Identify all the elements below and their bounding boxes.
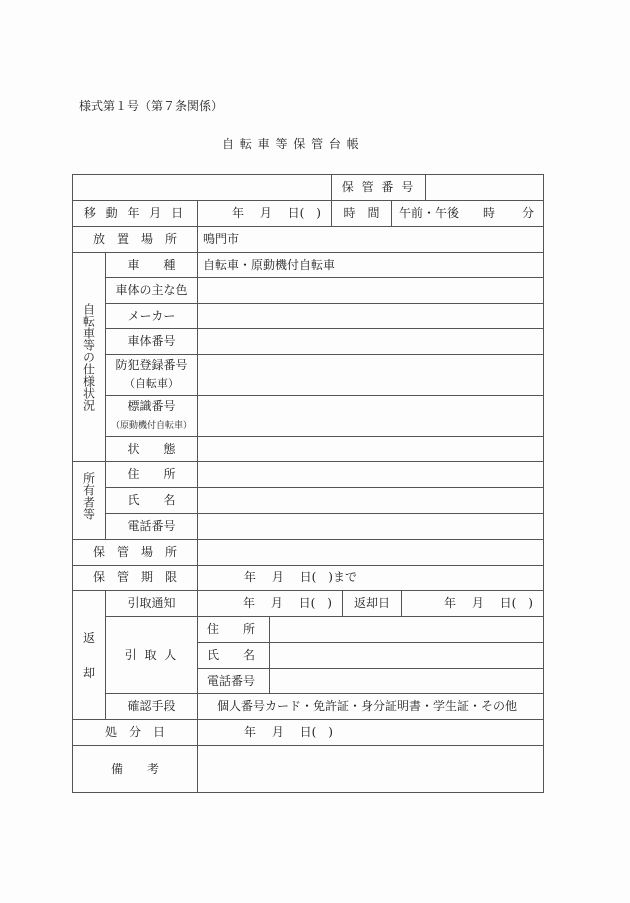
spec-value-color[interactable] xyxy=(198,278,543,302)
storage-place-label: 保 管 場 所 xyxy=(73,545,197,559)
receiver-label-name: 氏 名 xyxy=(207,648,255,662)
owner-label-name: 氏 名 xyxy=(106,493,197,507)
receiver-label-address: 住 所 xyxy=(207,622,255,636)
spec-label-type: 車 種 xyxy=(106,258,197,272)
move-date-label: 移 動 年 月 日 xyxy=(73,206,197,220)
remarks-field[interactable] xyxy=(198,746,543,791)
return-date-label: 返却日 xyxy=(343,596,401,610)
spec-label-maker: メーカー xyxy=(106,309,197,323)
row-divider xyxy=(72,565,544,566)
row-divider xyxy=(72,719,544,720)
spec-value-maker[interactable] xyxy=(198,304,543,328)
time-ampm-field[interactable]: 午前・午後 xyxy=(399,206,459,220)
receiver-label-phone: 電話番号 xyxy=(207,674,255,688)
owner-value-phone[interactable] xyxy=(198,514,543,538)
pickup-notice-field[interactable]: 年 月 日( ) xyxy=(243,596,332,610)
row-divider xyxy=(72,226,544,227)
spec-group-label: 自転車等の仕様状況 xyxy=(81,303,95,414)
verification-label: 確認手段 xyxy=(106,699,197,713)
storage-number-label: 保 管 番 号 xyxy=(332,180,425,194)
spec-label-condition: 状 態 xyxy=(106,442,197,456)
storage-limit-label: 保 管 期 限 xyxy=(73,570,197,584)
owner-value-address[interactable] xyxy=(198,462,543,486)
table-border-right xyxy=(543,174,544,793)
receiver-value-phone[interactable] xyxy=(270,669,543,692)
receiver-value-address[interactable] xyxy=(270,617,543,641)
row-divider xyxy=(72,590,544,591)
receiver-value-name[interactable] xyxy=(270,643,543,667)
row-divider xyxy=(72,200,544,201)
spec-label-color: 車体の主な色 xyxy=(106,283,197,297)
spec-value-type[interactable]: 自転車・原動機付自転車 xyxy=(203,258,335,272)
spec-value-condition[interactable] xyxy=(198,437,543,460)
spec-value-plate-number[interactable] xyxy=(198,396,543,435)
spec-label-plate-number: 標識番号 xyxy=(106,399,197,413)
page-title: 自 転 車 等 保 管 台 帳 xyxy=(222,137,360,151)
pickup-notice-label: 引取通知 xyxy=(106,596,197,610)
owner-group-label: 所有者等 xyxy=(81,472,95,523)
time-minute-field[interactable]: 分 xyxy=(522,206,534,220)
receiver-label: 引 取 人 xyxy=(106,648,197,662)
owner-label-phone: 電話番号 xyxy=(106,519,197,533)
col-divider xyxy=(401,590,402,616)
time-label: 時 間 xyxy=(332,206,391,220)
col-divider xyxy=(391,200,392,226)
row-divider xyxy=(105,693,544,694)
remarks-label: 備 考 xyxy=(73,762,197,776)
row-divider xyxy=(72,252,544,253)
abandoned-place-label: 放 置 場 所 xyxy=(73,232,197,246)
disposal-date-field[interactable]: 年 月 日( ) xyxy=(244,725,333,739)
return-group-label-1: 返 xyxy=(73,631,105,645)
spec-label-crime-prevention-number: 防犯登録番号 xyxy=(106,358,197,372)
owner-label-address: 住 所 xyxy=(106,467,197,481)
return-group-label-2: 却 xyxy=(73,666,105,680)
spec-value-frame-number[interactable] xyxy=(198,329,543,353)
spec-label-crime-prevention-sub: （自転車） xyxy=(106,377,197,391)
time-hour-field[interactable]: 時 xyxy=(483,206,495,220)
spec-label-plate-number-sub: （原動機付自転車） xyxy=(106,419,197,433)
abandoned-place-field[interactable]: 鳴門市 xyxy=(203,232,239,246)
storage-number-field[interactable] xyxy=(426,175,543,200)
table-border-bottom xyxy=(72,792,544,793)
table-border-left xyxy=(72,174,73,793)
return-date-field[interactable]: 年 月 日( ) xyxy=(444,596,533,610)
storage-place-field[interactable] xyxy=(198,540,543,564)
form-number: 様式第１号（第７条関係） xyxy=(79,99,223,113)
storage-limit-field[interactable]: 年 月 日( )まで xyxy=(244,570,357,584)
spec-label-frame-number: 車体番号 xyxy=(106,334,197,348)
disposal-date-label: 処 分 日 xyxy=(73,725,197,739)
move-date-field[interactable]: 年 月 日( ) xyxy=(232,206,321,220)
owner-value-name[interactable] xyxy=(198,488,543,512)
verification-options[interactable]: 個人番号カード・免許証・身分証明書・学生証・その他 xyxy=(217,699,517,713)
spec-value-crime-prevention-number[interactable] xyxy=(198,355,543,394)
